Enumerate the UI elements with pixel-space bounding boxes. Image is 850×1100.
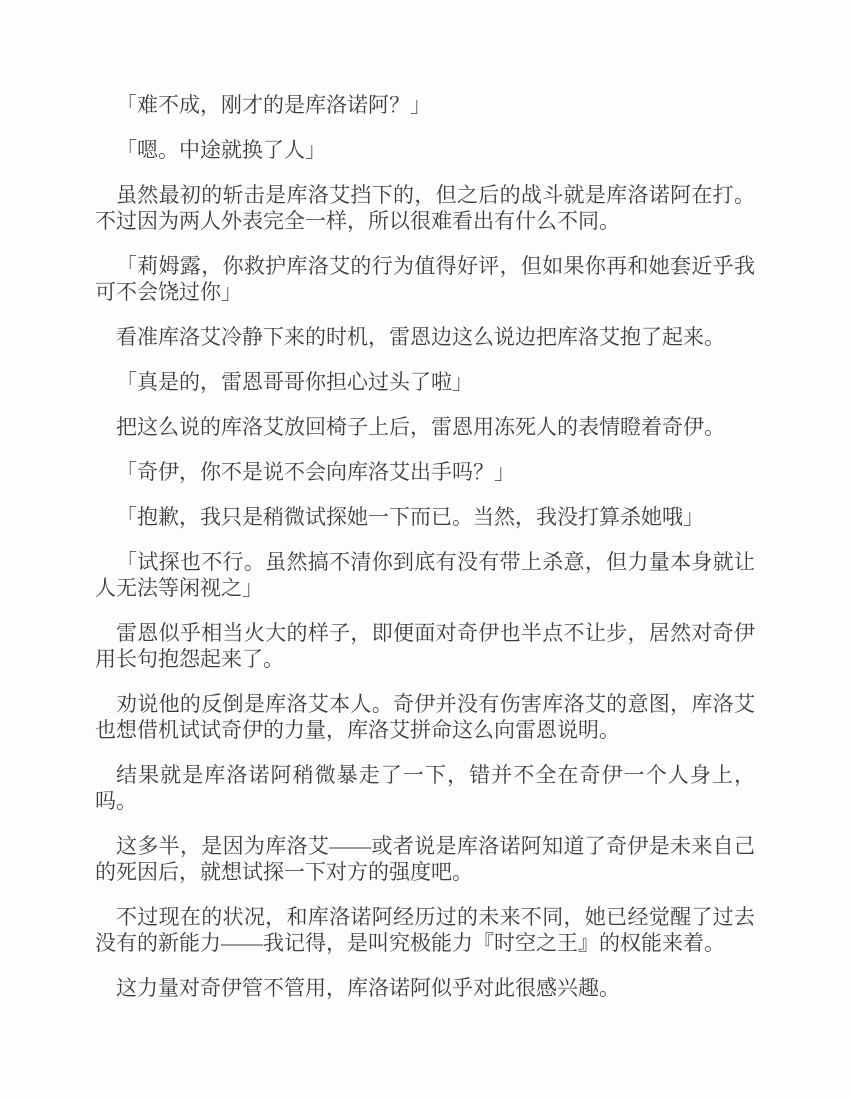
paragraph-narration: 结果就是库洛诺阿稍微暴走了一下，错并不全在奇伊一个人身上，吗。	[95, 762, 755, 814]
paragraph-narration: 这多半，是因为库洛艾——或者说是库洛诺阿知道了奇伊是未来自己的死因后，就想试探一…	[95, 833, 755, 885]
paragraph-dialogue: 「真是的，雷恩哥哥你担心过头了啦」	[95, 369, 755, 395]
paragraph-narration: 看准库洛艾冷静下来的时机，雷恩边这么说边把库洛艾抱了起来。	[95, 324, 755, 350]
paragraph-narration: 不过现在的状况，和库洛诺阿经历过的未来不同，她已经觉醒了过去没有的新能力——我记…	[95, 904, 755, 956]
paragraph-narration: 这力量对奇伊管不管用，库洛诺阿似乎对此很感兴趣。	[95, 975, 755, 1001]
paragraph-dialogue: 「嗯。中途就换了人」	[95, 137, 755, 163]
paragraph-dialogue: 「奇伊，你不是说不会向库洛艾出手吗？」	[95, 459, 755, 485]
paragraph-dialogue: 「莉姆露，你救护库洛艾的行为值得好评，但如果你再和她套近乎我可不会饶过你」	[95, 253, 755, 305]
paragraph-narration: 把这么说的库洛艾放回椅子上后，雷恩用冻死人的表情瞪着奇伊。	[95, 414, 755, 440]
paragraph-narration: 劝说他的反倒是库洛艾本人。奇伊并没有伤害库洛艾的意图，库洛艾也想借机试试奇伊的力…	[95, 691, 755, 743]
paragraph-dialogue: 「难不成，刚才的是库洛诺阿？」	[95, 92, 755, 118]
page-body: 「难不成，刚才的是库洛诺阿？」「嗯。中途就换了人」虽然最初的斩击是库洛艾挡下的，…	[95, 92, 755, 1001]
paragraph-dialogue: 「抱歉，我只是稍微试探她一下而已。当然，我没打算杀她哦」	[95, 504, 755, 530]
novel-page: 「难不成，刚才的是库洛诺阿？」「嗯。中途就换了人」虽然最初的斩击是库洛艾挡下的，…	[0, 0, 850, 1100]
paragraph-narration: 虽然最初的斩击是库洛艾挡下的，但之后的战斗就是库洛诺阿在打。不过因为两人外表完全…	[95, 182, 755, 234]
paragraph-dialogue: 「试探也不行。虽然搞不清你到底有没有带上杀意，但力量本身就让人无法等闲视之」	[95, 549, 755, 601]
paragraph-narration: 雷恩似乎相当火大的样子，即便面对奇伊也半点不让步，居然对奇伊用长句抱怨起来了。	[95, 620, 755, 672]
